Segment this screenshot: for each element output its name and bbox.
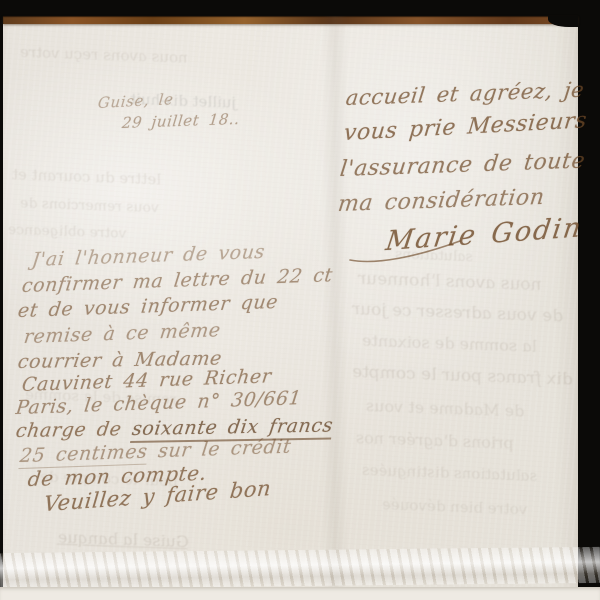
paper-fold-shadow bbox=[322, 16, 348, 600]
paper-crease bbox=[0, 547, 600, 589]
foxed-paper-top-edge bbox=[3, 16, 578, 24]
amount-prefix: charge de bbox=[14, 418, 133, 442]
photograph-of-letter: nous avons reçu votre lettre du courant … bbox=[0, 0, 600, 600]
underlying-sheet-edge bbox=[0, 587, 600, 600]
